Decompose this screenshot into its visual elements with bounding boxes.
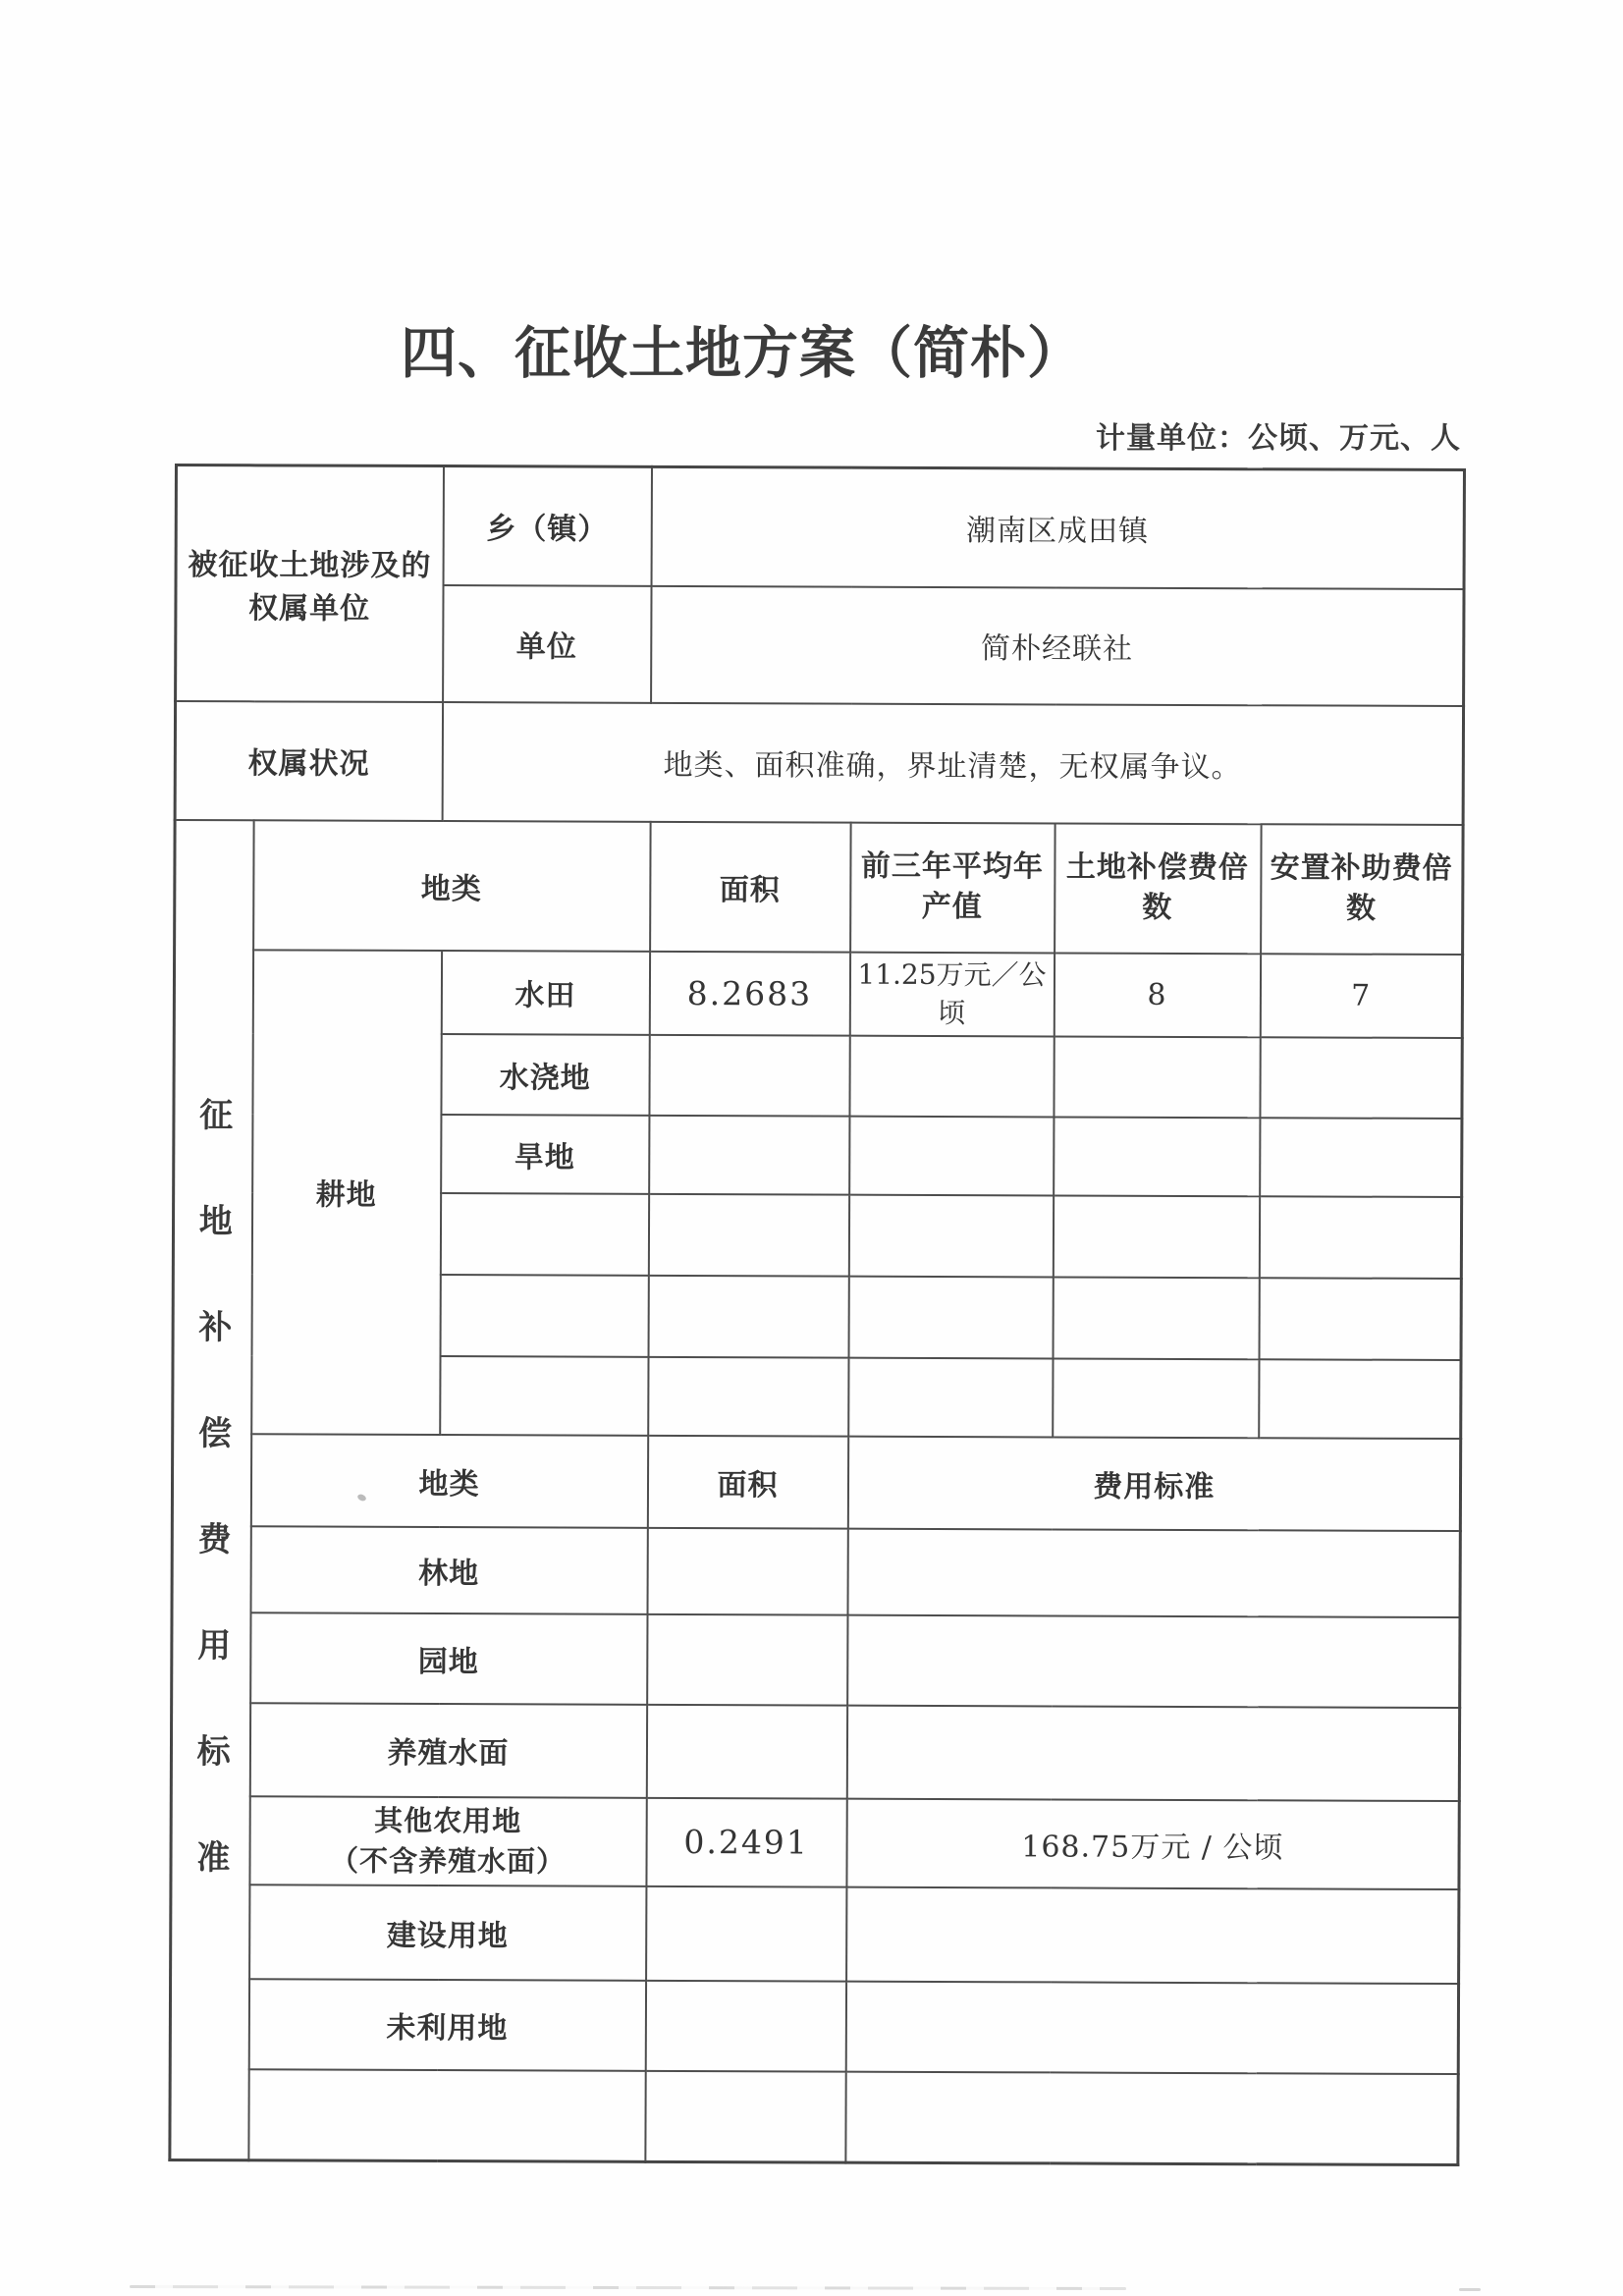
cell-output-empty-2 [848, 1276, 1053, 1358]
cell-type-empty-bottom [248, 2069, 645, 2162]
tenure-value: 地类、面积准确，界址清楚，无权属争议。 [442, 702, 1463, 825]
cell-fee-construction [846, 1886, 1459, 1983]
cell-land-multiple-dry [1054, 1117, 1260, 1196]
page-title: 四、征收土地方案（简朴） [401, 308, 1084, 389]
table-row: 林地 [172, 1525, 1460, 1616]
s2-header-fee-standard: 费用标准 [847, 1436, 1460, 1530]
cell-type-irrigated: 水浇地 [441, 1034, 649, 1116]
land-expropriation-table: 被征收土地涉及的 权属单位 乡（镇） 潮南区成田镇 单位 简朴经联社 权属状况 … [168, 464, 1466, 2166]
cell-resettle-multiple-paddy: 7 [1260, 954, 1462, 1038]
table-row: 园地 [172, 1612, 1460, 1707]
unit-value: 简朴经联社 [651, 585, 1464, 705]
cell-land-multiple-empty-1 [1053, 1195, 1259, 1278]
cell-fee-aquaculture [846, 1705, 1459, 1800]
table-row: 养殖水面 [171, 1702, 1459, 1800]
cell-resettle-multiple-dry [1260, 1118, 1462, 1197]
cell-type-paddy: 水田 [441, 951, 649, 1035]
cell-resettle-multiple-empty-1 [1259, 1196, 1461, 1279]
cell-fee-unused [845, 1981, 1458, 2073]
cell-area-empty-1 [648, 1193, 848, 1276]
cell-fee-other-agricultural: 168.75万元 / 公顷 [846, 1798, 1459, 1888]
cell-resettle-multiple-empty-3 [1259, 1359, 1461, 1439]
cell-type-other-agricultural: 其他农用地 （不含养殖水面） [249, 1796, 646, 1886]
cell-area-empty-3 [648, 1356, 848, 1436]
units-note: 计量单位：公顷、万元、人 [1096, 413, 1461, 457]
s2-header-area: 面积 [647, 1435, 847, 1528]
cell-area-construction [646, 1886, 846, 1981]
cell-type-garden: 园地 [250, 1613, 647, 1705]
s1-header-land-type: 地类 [253, 820, 651, 952]
compensation-side-label: 征地补偿费用标准 [186, 1034, 238, 1945]
s2-header-land-type: 地类 [250, 1434, 647, 1528]
cell-type-aquaculture: 养殖水面 [249, 1703, 646, 1798]
cell-type-empty-3 [440, 1356, 648, 1436]
table-row: 其他农用地 （不含养殖水面） 0.2491 168.75万元 / 公顷 [171, 1795, 1459, 1888]
table-row [170, 2068, 1458, 2164]
scan-artifact-bottom [130, 2285, 1126, 2290]
cell-output-dry [849, 1116, 1054, 1195]
s1-header-avg-output: 前三年平均年产值 [850, 822, 1055, 953]
cell-area-paddy: 8.2683 [649, 951, 849, 1035]
cell-area-empty-bottom [645, 2070, 845, 2162]
s1-header-resettle-multiple: 安置补助费倍数 [1261, 824, 1464, 955]
cell-land-multiple-empty-3 [1053, 1358, 1259, 1438]
cell-area-unused [645, 1980, 845, 2071]
table-row: 建设用地 [171, 1884, 1459, 1983]
cell-type-construction: 建设用地 [249, 1885, 646, 1981]
cell-area-empty-2 [648, 1275, 848, 1357]
tenure-label: 权属状况 [175, 701, 442, 821]
cell-resettle-multiple-irrigated [1260, 1037, 1462, 1119]
cell-area-garden [647, 1613, 847, 1705]
cell-type-empty-2 [440, 1275, 648, 1357]
scan-artifact-bottom-right [1459, 2288, 1481, 2291]
cell-type-unused: 未利用地 [248, 1979, 645, 2071]
ownership-section-label: 被征收土地涉及的 权属单位 [176, 465, 444, 702]
cell-output-empty-3 [848, 1357, 1053, 1437]
cell-resettle-multiple-empty-2 [1259, 1278, 1461, 1360]
cell-output-paddy: 11.25万元／公顷 [849, 952, 1054, 1036]
cell-area-forest [647, 1527, 847, 1614]
cell-area-irrigated [649, 1034, 849, 1116]
township-value: 潮南区成田镇 [651, 466, 1464, 588]
cell-area-aquaculture [646, 1704, 846, 1798]
unit-label: 单位 [443, 585, 651, 703]
cell-fee-empty-bottom [845, 2071, 1458, 2164]
cell-type-dry: 旱地 [441, 1115, 649, 1194]
table-row: 未利用地 [170, 1978, 1458, 2073]
cell-area-dry [649, 1115, 849, 1194]
group-label-cultivated-land: 耕地 [251, 950, 442, 1435]
s1-header-area: 面积 [650, 821, 851, 952]
cell-fee-forest [847, 1528, 1460, 1616]
cell-fee-garden [847, 1614, 1460, 1707]
cell-output-irrigated [849, 1035, 1054, 1117]
township-label: 乡（镇） [443, 466, 651, 586]
cell-area-other-agricultural: 0.2491 [646, 1797, 846, 1886]
s1-header-land-multiple: 土地补偿费倍数 [1055, 823, 1262, 954]
cell-land-multiple-irrigated [1054, 1036, 1260, 1118]
cell-land-multiple-empty-2 [1053, 1277, 1259, 1359]
cell-type-forest: 林地 [250, 1526, 647, 1614]
cell-output-empty-1 [848, 1194, 1053, 1277]
compensation-side-cell: 征地补偿费用标准 [170, 820, 253, 2160]
table-row: 耕地 水田 8.2683 11.25万元／公顷 8 7 [174, 950, 1462, 1038]
cell-land-multiple-paddy: 8 [1054, 953, 1260, 1037]
cell-type-empty-1 [440, 1193, 648, 1276]
